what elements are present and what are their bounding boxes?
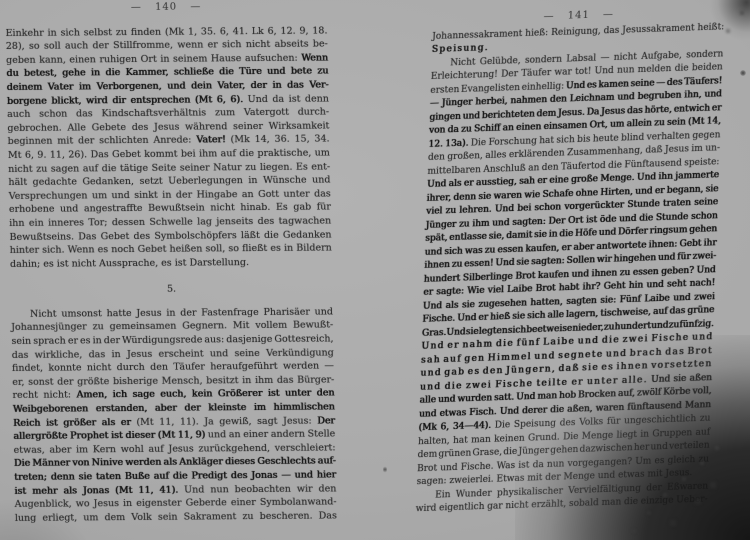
word: Brot — [515, 270, 535, 284]
word: zu — [459, 218, 470, 232]
word: bei — [181, 147, 196, 161]
word: Gegnern. — [182, 320, 227, 334]
word: Jesus — [154, 120, 180, 134]
word: 14, — [254, 133, 269, 147]
word: in — [47, 26, 56, 40]
word: der — [180, 306, 197, 320]
word: zu — [317, 65, 328, 79]
word: Die — [14, 457, 31, 471]
word: soll, — [205, 242, 225, 256]
word: kann, — [39, 53, 66, 67]
word: entsprechen — [130, 93, 190, 107]
word: seht — [667, 278, 687, 292]
word: un- — [705, 142, 720, 156]
word: ohne — [575, 187, 598, 201]
word: und — [267, 65, 286, 79]
word: er, — [12, 376, 24, 390]
word: 41). — [159, 483, 178, 497]
word: dessen — [112, 216, 145, 230]
word: nun — [617, 64, 635, 78]
word: allergrößte — [13, 430, 67, 444]
word: die — [444, 380, 463, 394]
word: er — [121, 416, 131, 430]
word: Das — [319, 509, 337, 523]
word: kein — [192, 388, 213, 402]
word: essen — [633, 266, 659, 280]
word: da — [447, 124, 459, 138]
word: sage — [132, 388, 155, 402]
word: 6). — [230, 93, 243, 107]
word: eigenster — [136, 497, 182, 511]
word: nach! — [689, 277, 715, 291]
word: ihm — [255, 374, 273, 388]
word: der — [176, 188, 193, 202]
text-line: dahin; es ist nicht Aussprache, es ist D… — [10, 255, 332, 271]
word: sie — [512, 311, 525, 325]
word: Ort — [141, 53, 157, 67]
word: in — [91, 67, 100, 81]
word: und — [646, 279, 664, 293]
word: sein — [158, 511, 178, 525]
word: 1, — [188, 25, 197, 39]
word: so — [228, 242, 239, 256]
word: Seite — [151, 161, 176, 175]
word: Türe — [239, 65, 262, 79]
word: viel — [487, 284, 504, 298]
gutter-speck — [383, 466, 387, 473]
word: 41. — [233, 25, 248, 39]
word: 11, — [138, 484, 153, 498]
word: Wenn — [68, 243, 95, 257]
word: Einkehr — [5, 26, 43, 40]
word: sich. — [42, 244, 65, 258]
word: zu — [668, 319, 679, 333]
word: zu — [445, 205, 456, 219]
word: Labsal — [566, 52, 596, 66]
word: Schwelle — [149, 215, 193, 229]
word: Versprechungen — [9, 189, 88, 203]
word: den — [428, 152, 445, 166]
word: nahm — [462, 339, 493, 354]
word: Mt — [8, 149, 22, 163]
word: 26). — [68, 148, 87, 162]
word: seine — [234, 347, 260, 361]
word: Gras. — [422, 327, 447, 341]
word: hatte — [106, 307, 131, 321]
word: ich — [112, 389, 127, 403]
word: die — [105, 66, 120, 80]
word: ist — [268, 387, 280, 401]
word: 28), — [6, 40, 25, 54]
word: um — [92, 189, 107, 203]
word: andern — [271, 428, 305, 442]
word: sah — [519, 176, 535, 190]
word: der — [104, 334, 121, 348]
word: den — [482, 365, 503, 379]
word: sagt — [257, 415, 278, 429]
word: ringsum — [649, 224, 687, 239]
word: sich — [60, 26, 80, 40]
word: in — [123, 497, 132, 511]
word: 6, — [217, 93, 226, 107]
word: zwei- — [692, 250, 716, 264]
word: Täufers! — [684, 75, 723, 90]
word: begann, — [666, 183, 703, 198]
word: Da — [586, 106, 599, 120]
word: Gedanken — [283, 228, 332, 242]
word: tätige — [120, 161, 148, 175]
word: erliegt, — [42, 511, 77, 525]
word: Fische. — [461, 460, 494, 475]
word: Nicht — [30, 308, 57, 322]
word: gingen — [429, 111, 461, 126]
word: Jesus: — [283, 414, 312, 428]
word: sich — [444, 245, 463, 259]
word: Und — [566, 79, 586, 93]
word: größer — [63, 416, 96, 430]
word: Jesus. — [558, 106, 585, 120]
word: er — [68, 335, 78, 349]
word: Gebt — [679, 237, 701, 251]
word: alle — [547, 309, 564, 323]
word: — — [281, 469, 291, 483]
word: finden — [131, 25, 162, 39]
word: (Mk — [230, 133, 249, 147]
word: entlasse — [449, 231, 487, 246]
word: Bewußtsein — [148, 202, 205, 216]
word: sich — [556, 134, 575, 148]
word: und — [704, 88, 722, 102]
word: jenseits — [216, 215, 253, 229]
word: hat — [453, 434, 468, 448]
word: erstanden, — [96, 402, 148, 416]
word: ihnen — [424, 259, 450, 273]
word: während — [185, 120, 228, 134]
word: 6, — [220, 25, 229, 39]
word: zu — [654, 117, 665, 131]
word: und — [571, 268, 589, 282]
word: Menge. — [600, 172, 635, 187]
word: — — [430, 98, 439, 112]
word: hieß — [490, 311, 510, 325]
word: treten; — [14, 471, 47, 485]
word: und — [619, 213, 637, 227]
word: um — [315, 146, 330, 160]
word: zu — [451, 259, 462, 273]
word: 9. — [37, 149, 46, 163]
word: auch — [65, 40, 88, 54]
word: unter — [285, 387, 311, 401]
word: gar — [487, 500, 503, 514]
word: des — [258, 215, 275, 229]
word: eigentlich — [439, 501, 485, 516]
word: wenn — [177, 39, 203, 53]
word: große — [571, 173, 598, 187]
word: und — [492, 217, 510, 231]
word: durch- — [298, 106, 330, 120]
word: und — [167, 80, 186, 94]
word: zu — [245, 161, 256, 175]
word: er — [654, 185, 664, 199]
word: lung — [15, 512, 37, 526]
word: Wünsche — [263, 174, 307, 188]
word: ihm — [472, 217, 490, 231]
word: Symbolanwand- — [260, 496, 337, 510]
word: ist — [586, 214, 598, 228]
word: Gelübde, — [480, 55, 521, 70]
word: er — [561, 242, 571, 256]
word: auf — [220, 147, 236, 161]
word: einer — [243, 428, 268, 442]
word: 12. — [280, 24, 295, 38]
word: im — [76, 443, 88, 457]
word: 11, — [50, 148, 65, 162]
word: in — [284, 242, 293, 256]
word: und — [60, 203, 79, 217]
word: die — [674, 63, 688, 77]
page-140: — 140 — Einkehrinsichselbstzufinden(Mk1,… — [5, 0, 337, 525]
word: legten — [478, 325, 507, 339]
word: Augenblick, — [15, 498, 72, 512]
word: Aussprache, — [99, 258, 158, 269]
word: 12. — [428, 138, 443, 152]
word: erscheint — [158, 347, 203, 361]
word: Lk — [252, 25, 264, 39]
word: das — [277, 374, 294, 388]
word: sinkt — [134, 189, 158, 203]
word: einer — [231, 496, 256, 510]
word: hundert — [614, 320, 651, 335]
word: Weibgeborenen — [13, 402, 89, 416]
word: die — [173, 470, 188, 484]
word: 34—44). — [452, 420, 491, 435]
word: sein — [11, 335, 31, 349]
word: öde — [600, 213, 617, 227]
word: Männer — [32, 457, 70, 471]
word: sie — [465, 326, 478, 340]
word: 11, — [159, 415, 174, 429]
word: der — [92, 39, 109, 53]
word: es — [80, 334, 91, 348]
word: der — [184, 402, 201, 416]
word: betest, — [24, 67, 57, 81]
word: des — [666, 76, 682, 90]
word: sagen — [51, 162, 80, 176]
word: Hingabe — [196, 188, 237, 202]
word: auf- — [318, 455, 336, 469]
word: Wirksamkeit — [269, 119, 330, 133]
word: himmlischen — [273, 401, 335, 415]
word: habt — [558, 282, 579, 296]
word: den — [550, 94, 567, 108]
word: in — [92, 334, 101, 348]
word: Bildern — [296, 242, 332, 256]
word: 11). — [180, 415, 199, 429]
word: nicht — [8, 162, 33, 176]
word: einen — [69, 53, 96, 67]
word: gehe — [62, 67, 86, 81]
word: Volk — [131, 511, 152, 525]
word: findet, — [12, 362, 43, 376]
word: wird — [86, 94, 108, 108]
word: deinem — [7, 81, 43, 95]
word: zu — [484, 244, 495, 258]
word: seine — [694, 196, 718, 210]
word: Bürger- — [297, 373, 334, 387]
word: Fastenfrage — [201, 306, 259, 320]
word: des — [231, 469, 248, 483]
word: denn — [51, 471, 75, 485]
word: an — [242, 188, 254, 202]
text-line: hältgedachteGedanken,setztUeberlegungeni… — [8, 174, 330, 190]
word: wir — [596, 254, 611, 268]
corner-speckle-top-right — [692, 0, 750, 60]
margin-mark — [740, 70, 746, 76]
word: damit — [506, 230, 533, 244]
word: nahmen — [510, 94, 547, 109]
word: von — [429, 125, 446, 139]
word: die — [496, 338, 515, 352]
word: ihrer, — [426, 192, 451, 206]
word: heißen — [169, 243, 202, 257]
word: traten — [663, 197, 692, 211]
word: sich — [222, 38, 242, 52]
word: hat — [539, 134, 554, 148]
word: in — [242, 374, 251, 388]
word: sie, — [488, 230, 504, 244]
word: zu — [116, 26, 127, 40]
word: wohl — [121, 443, 144, 457]
word: sie — [78, 470, 92, 484]
word: soll — [44, 40, 61, 54]
word: allein — [626, 118, 652, 132]
word: den — [541, 161, 558, 175]
word: dem — [104, 511, 125, 525]
word: Stelle — [307, 428, 335, 442]
word: die — [559, 228, 573, 242]
word: und — [420, 367, 442, 381]
word: so — [29, 40, 40, 54]
word: Jonas — [251, 469, 277, 483]
word: wo — [76, 498, 90, 512]
word: be- — [313, 38, 328, 52]
word: Fünftausend — [624, 157, 682, 172]
word: läßt — [241, 229, 260, 243]
word: hörte, — [644, 104, 672, 118]
word: halten, — [418, 435, 450, 450]
word: Höfe — [575, 227, 597, 241]
word: viel — [426, 206, 443, 220]
word: 18. — [312, 24, 327, 38]
word: nicht — [210, 202, 235, 216]
word: der — [78, 135, 95, 149]
word: Und — [637, 171, 657, 185]
word: mit — [57, 135, 73, 149]
word: das — [88, 348, 105, 362]
word: gab — [293, 201, 311, 215]
word: Es — [276, 201, 288, 215]
word: des — [132, 121, 149, 135]
word: noch — [111, 243, 135, 257]
book-scan: — 140 — Einkehrinsichselbstzufinden(Mk1,… — [0, 0, 750, 540]
word: Wenn — [301, 51, 328, 65]
word: einen — [516, 121, 542, 135]
word: zu — [242, 510, 253, 524]
word: Mit — [233, 320, 250, 334]
word: in — [248, 174, 257, 188]
word: dir — [112, 94, 126, 108]
word: sprach — [33, 335, 66, 349]
word: inneres — [48, 216, 84, 230]
word: (Mt — [136, 416, 154, 430]
word: Vater! — [196, 134, 226, 148]
word: Gebet — [100, 230, 129, 244]
word: er — [423, 287, 433, 301]
word: Jonas — [83, 484, 109, 498]
word: speiste: — [684, 156, 720, 171]
word: alle — [419, 395, 436, 409]
word: besitzt — [206, 374, 239, 388]
word: vollem — [255, 319, 287, 333]
word: Prophet — [70, 429, 109, 443]
word: Aufgabe, — [641, 49, 682, 64]
word: Und — [247, 93, 267, 107]
word: Ort, — [589, 119, 608, 133]
word: euch, — [160, 388, 186, 402]
word: Jesus — [601, 105, 625, 119]
word: verschleiert: — [275, 441, 336, 455]
word: und — [673, 292, 691, 306]
word: melden — [637, 63, 671, 78]
word: dieses — [225, 456, 255, 470]
word: Was — [496, 459, 515, 473]
word: Jünger — [425, 219, 456, 234]
word: Bewußt- — [293, 319, 333, 333]
word: und — [314, 305, 333, 319]
word: (Mk — [418, 421, 437, 435]
word: Die — [494, 419, 510, 433]
word: 9, — [299, 24, 308, 38]
word: im — [79, 80, 91, 94]
word: schon — [691, 210, 718, 224]
word: angestraffte — [84, 202, 143, 216]
word: Ein — [435, 488, 451, 502]
word: sondern — [525, 53, 563, 68]
word: auf — [653, 306, 668, 320]
word: den — [150, 361, 168, 375]
word: ist — [111, 429, 123, 443]
word: tot! — [575, 66, 592, 80]
word: Jünger — [441, 97, 472, 112]
word: die — [239, 147, 254, 161]
word: Jesussakrament — [622, 22, 695, 38]
word: als — [163, 456, 177, 470]
word: unter — [283, 187, 309, 201]
word: seine — [630, 77, 654, 91]
word: er — [208, 39, 218, 53]
word: ihn, — [684, 89, 702, 103]
word: ein — [29, 217, 44, 231]
word: Dörfer — [618, 226, 648, 240]
word: lagern, — [566, 308, 599, 323]
word: eine — [549, 174, 569, 188]
word: auch — [7, 108, 30, 122]
word: — — [324, 360, 334, 374]
word: die — [102, 162, 117, 176]
word: er — [478, 312, 488, 326]
word: wie — [524, 189, 540, 203]
scan-noise-specks — [0, 0, 2, 2]
